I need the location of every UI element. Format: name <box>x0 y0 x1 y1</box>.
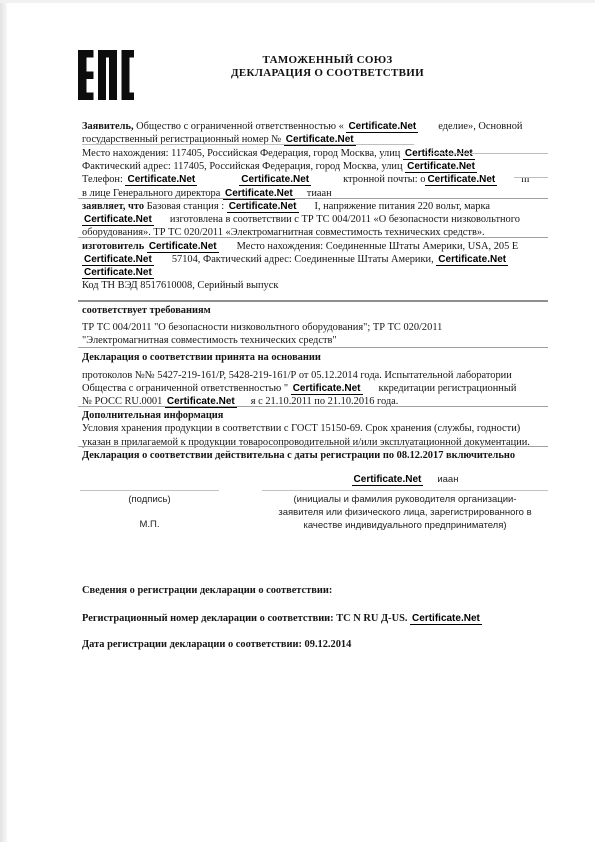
manufacturer-address-line: Certificate.Net57104, Фактический адрес:… <box>82 253 552 266</box>
product-text: Базовая станция : <box>144 201 227 212</box>
redaction-gap <box>311 181 343 182</box>
form-line <box>514 177 548 178</box>
registration-date-text: Дата регистрации декларации о соответств… <box>82 639 351 650</box>
certificate-net-link[interactable]: Certificate.Net <box>82 214 154 226</box>
location-text: Место нахождения: 117405, Российская Фед… <box>82 148 403 159</box>
applicant-text: Общество с ограниченной ответственностью… <box>134 121 347 132</box>
initials-caption-line2: заявителя или физического лица, зарегист… <box>262 506 548 519</box>
certificate-net-link[interactable]: Certificate.Net <box>239 174 311 186</box>
additional-info-heading: Дополнительная информация <box>82 409 552 422</box>
laboratory-text: Общества с ограниченной ответственностью… <box>82 383 291 394</box>
validity-text: Декларация о соответствии действительна … <box>82 450 515 461</box>
redaction-gap <box>363 390 379 391</box>
section-divider <box>78 300 548 302</box>
laboratory-line: Общества с ограниченной ответственностью… <box>82 382 552 395</box>
complies-heading: соответствует требованиям <box>82 304 552 317</box>
form-line <box>427 153 548 154</box>
actual-address-line: Фактический адрес: 117405, Российская Фе… <box>82 160 552 173</box>
redaction-gap <box>497 181 521 182</box>
storage-line1: Условия хранения продукции в соответстви… <box>82 422 552 435</box>
redaction-gap <box>423 481 437 482</box>
section-divider <box>78 347 548 348</box>
certificate-net-link[interactable]: Certificate.Net <box>410 613 482 625</box>
registration-number-text: Регистрационный номер декларации о соотв… <box>82 613 410 624</box>
laboratory-text-tail: ккредитации регистрационный <box>379 383 517 394</box>
declaration-document: ТАМОЖЕННЫЙ СОЮЗ ДЕКЛАРАЦИЯ О СООТВЕТСТВИ… <box>0 0 595 842</box>
section-divider <box>78 406 548 407</box>
declares-label: заявляет, что <box>82 201 144 212</box>
signatory-name-remnant: иаан <box>437 474 458 485</box>
certificate-net-link[interactable]: Certificate.Net <box>125 174 197 186</box>
document-title-line1: ТАМОЖЕННЫЙ СОЮЗ <box>120 54 535 67</box>
stamp-placeholder: М.П. <box>80 518 219 531</box>
manufacturer-location-text: Место нахождения: Соединенные Штаты Амер… <box>237 241 519 252</box>
registration-number-line: Регистрационный номер декларации о соотв… <box>82 612 552 625</box>
email-label: ктронной почты: о <box>343 174 425 185</box>
manufacturer-address-text: 57104, Фактический адрес: Соединенные Шт… <box>172 254 436 265</box>
signature-line-left <box>80 490 219 491</box>
certificate-net-link[interactable]: Certificate.Net <box>291 383 363 395</box>
registration-date-line: Дата регистрации декларации о соответств… <box>82 638 552 651</box>
phone-email-line: Телефон: Certificate.NetCertificate.Netк… <box>82 173 552 186</box>
document-title: ТАМОЖЕННЫЙ СОЮЗ ДЕКЛАРАЦИЯ О СООТВЕТСТВИ… <box>120 54 535 80</box>
complies-heading-text: соответствует требованиям <box>82 305 211 316</box>
certificate-net-link[interactable]: Certificate.Net <box>82 254 154 266</box>
redaction-gap <box>154 221 170 222</box>
certificate-net-link[interactable]: Certificate.Net <box>346 121 418 133</box>
certificate-net-link[interactable]: Certificate.Net <box>147 241 219 253</box>
actual-address-text: Фактический адрес: 117405, Российская Фе… <box>82 161 405 172</box>
initials-caption-line1: (инициалы и фамилия руководителя организ… <box>262 493 548 506</box>
form-line <box>78 237 548 238</box>
redaction-gap <box>197 181 239 182</box>
scan-edge-shading <box>0 0 7 842</box>
registration-heading: Сведения о регистрации декларации о соот… <box>82 584 552 597</box>
validity-line: Декларация о соответствии действительна … <box>82 449 552 462</box>
storage-line2: указан в прилагаемой к продукции товарос… <box>82 436 552 449</box>
email-remnant: m <box>521 174 529 185</box>
redaction-gap <box>219 248 237 249</box>
storage-text1: Условия хранения продукции в соответстви… <box>82 423 520 434</box>
tnved-line: Код ТН ВЭД 8517610008, Серийный выпуск <box>82 279 552 292</box>
redaction-gap <box>418 128 438 129</box>
certificate-net-link[interactable]: Certificate.Net <box>405 161 477 173</box>
basis-heading: Декларация о соответствии принята на осн… <box>82 351 552 364</box>
tr-ts-text2: "Электромагнитная совместимость техничес… <box>82 335 337 346</box>
manufacturer-address-line2: Certificate.Net <box>82 266 552 279</box>
protocols-text: протоколов №№ 5427-219-161/Р, 5428-219-1… <box>82 370 512 381</box>
document-title-line2: ДЕКЛАРАЦИЯ О СООТВЕТСТВИИ <box>120 67 535 80</box>
manufacturer-line: изготовитель Certificate.NetМесто нахожд… <box>82 240 552 253</box>
product-text-tail: I, напряжение питания 220 вольт, марка <box>315 201 490 212</box>
redaction-gap <box>295 195 307 196</box>
certificate-net-link[interactable]: Certificate.Net <box>227 201 299 213</box>
redaction-gap <box>154 261 172 262</box>
certificate-net-link[interactable]: Certificate.Net <box>82 267 154 279</box>
registration-heading-text: Сведения о регистрации декларации о соот… <box>82 585 332 596</box>
applicant-line: Заявитель, Общество с ограниченной ответ… <box>82 120 552 133</box>
certificate-net-link[interactable]: Certificate.Net <box>436 254 508 266</box>
signature-caption: (подпись) <box>80 493 219 506</box>
section-divider <box>78 446 548 447</box>
protocols-line: протоколов №№ 5427-219-161/Р, 5428-219-1… <box>82 369 552 382</box>
applicant-text-tail: еделие», Основной <box>438 121 522 132</box>
manufactured-line: Certificate.Netизготовлена в соответстви… <box>82 213 552 226</box>
additional-info-heading-text: Дополнительная информация <box>82 410 223 421</box>
redaction-gap <box>237 403 251 404</box>
applicant-label: Заявитель, <box>82 121 134 132</box>
initials-caption-line3: качестве индивидуального предпринимателя… <box>262 519 548 532</box>
tr-ts-line2: "Электромагнитная совместимость техничес… <box>82 334 552 347</box>
tr-ts-line1: ТР ТС 004/2011 "О безопасности низковоль… <box>82 321 552 334</box>
form-line <box>78 198 548 199</box>
phone-label: Телефон: <box>82 174 125 185</box>
redaction-gap <box>299 208 315 209</box>
manufactured-text: изготовлена в соответствии с ТР ТС 004/2… <box>170 214 520 225</box>
tr-ts-text1: ТР ТС 004/2011 "О безопасности низковоль… <box>82 322 442 333</box>
scan-top-shading <box>0 0 595 3</box>
declares-line: заявляет, что Базовая станция : Certific… <box>82 200 552 213</box>
certificate-net-link[interactable]: Certificate.Net <box>425 174 497 186</box>
signature-line-right <box>262 490 548 491</box>
certificate-net-link[interactable]: Certificate.Net <box>352 474 424 486</box>
certificate-net-link[interactable]: Certificate.Net <box>403 148 475 160</box>
signatory-name-line: Certificate.Netиаан <box>262 473 548 486</box>
tnved-text: Код ТН ВЭД 8517610008, Серийный выпуск <box>82 280 278 291</box>
form-line <box>82 144 414 145</box>
basis-heading-text: Декларация о соответствии принята на осн… <box>82 352 321 363</box>
manufacturer-label: изготовитель <box>82 241 147 252</box>
